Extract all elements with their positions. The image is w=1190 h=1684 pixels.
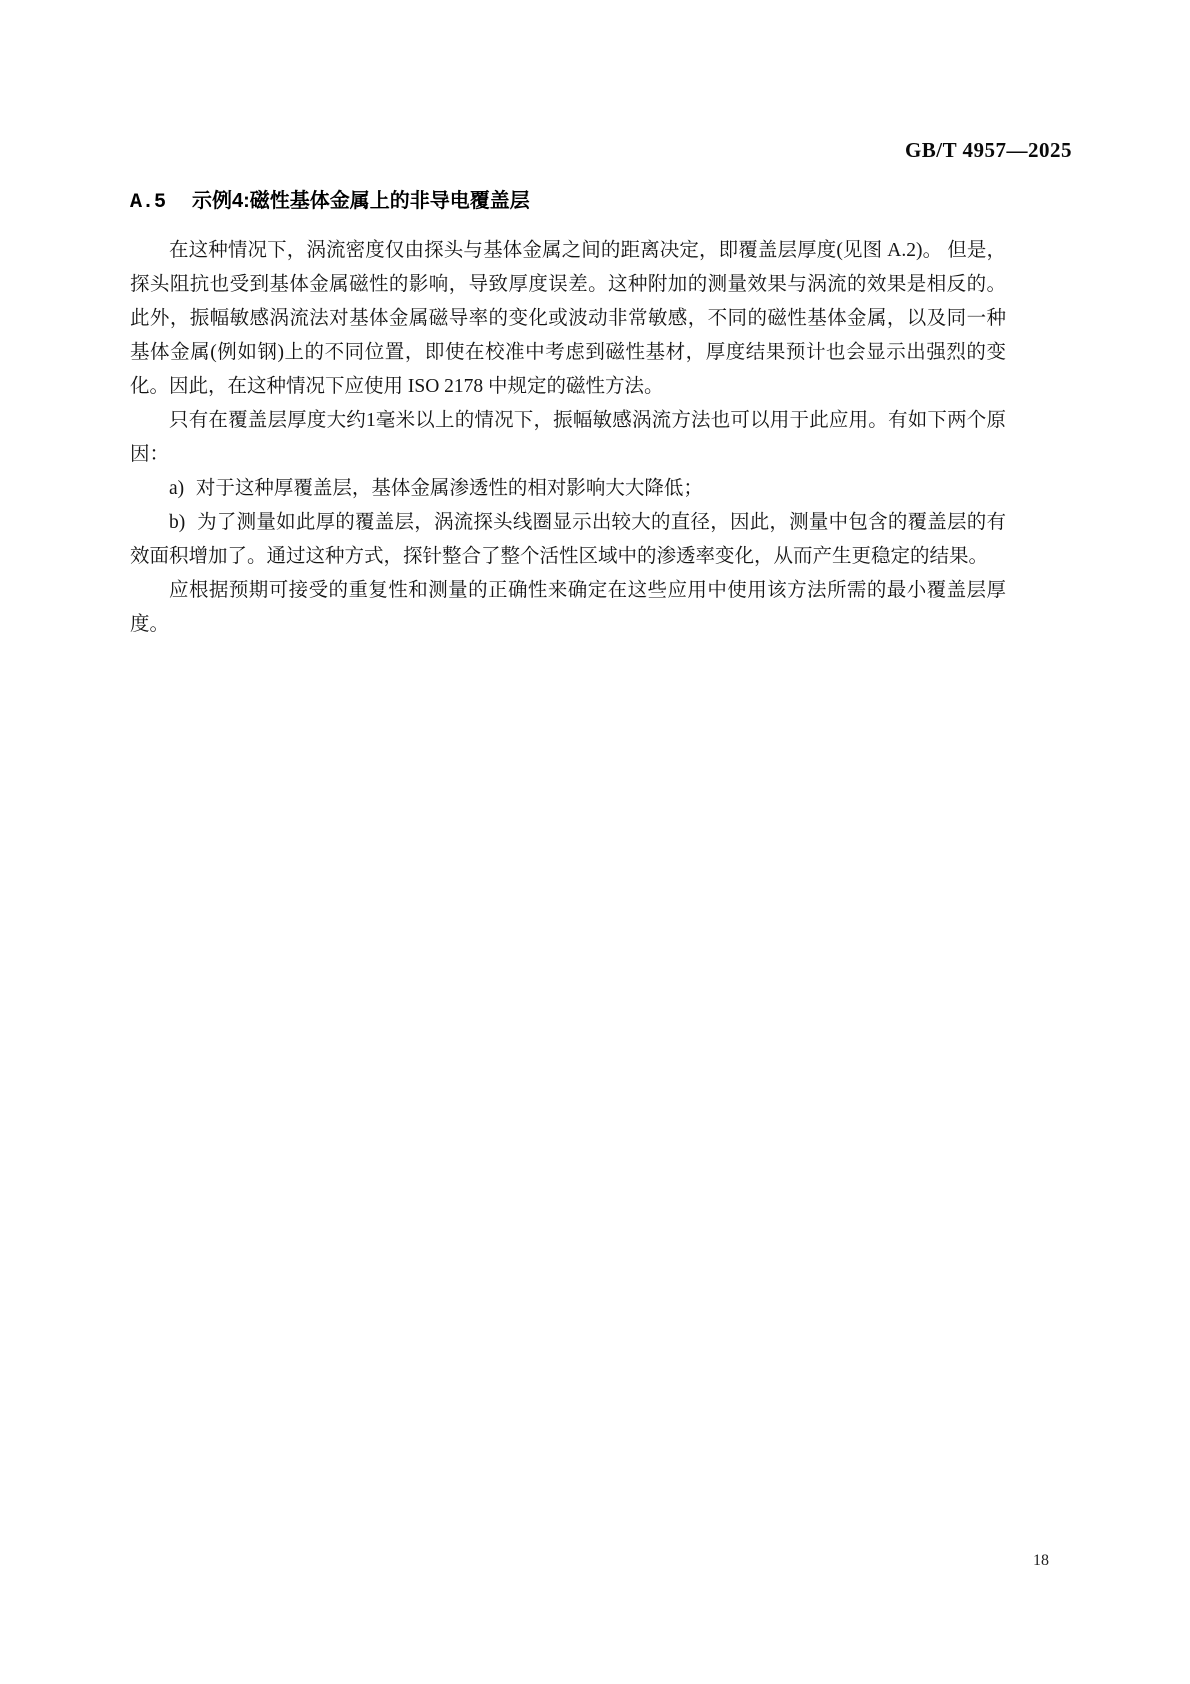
list-item-b: b)为了测量如此厚的覆盖层，涡流探头线圈显示出较大的直径，因此，测量中包含的覆盖… (130, 506, 1006, 574)
section-heading: A.5示例4:磁性基体金属上的非导电覆盖层 (130, 184, 530, 214)
list-item-a-label: a) (169, 478, 184, 499)
body-text: 在这种情况下，涡流密度仅由探头与基体金属之间的距离决定，即覆盖层厚度(见图 A.… (130, 234, 1006, 642)
paragraph-3: 应根据预期可接受的重复性和测量的正确性来确定在这些应用中使用该方法所需的最小覆盖… (130, 574, 1006, 642)
paragraph-2: 只有在覆盖层厚度大约1毫米以上的情况下，振幅敏感涡流方法也可以用于此应用。有如下… (130, 404, 1006, 472)
list-item-a: a)对于这种厚覆盖层，基体金属渗透性的相对影响大大降低； (130, 472, 1006, 506)
document-page: GB/T 4957—2025 A.5示例4:磁性基体金属上的非导电覆盖层 在这种… (0, 0, 1190, 1684)
standard-number-header: GB/T 4957—2025 (905, 138, 1072, 163)
section-number: A.5 (130, 191, 166, 214)
list-item-a-text: 对于这种厚覆盖层，基体金属渗透性的相对影响大大降低； (196, 478, 703, 499)
page-number: 18 (1033, 1552, 1049, 1570)
section-title: 示例4:磁性基体金属上的非导电覆盖层 (192, 190, 530, 212)
list-item-b-label: b) (169, 512, 185, 533)
list-item-b-text: 为了测量如此厚的覆盖层，涡流探头线圈显示出较大的直径，因此，测量中包含的覆盖层的… (130, 512, 1006, 567)
paragraph-1: 在这种情况下，涡流密度仅由探头与基体金属之间的距离决定，即覆盖层厚度(见图 A.… (130, 234, 1006, 404)
